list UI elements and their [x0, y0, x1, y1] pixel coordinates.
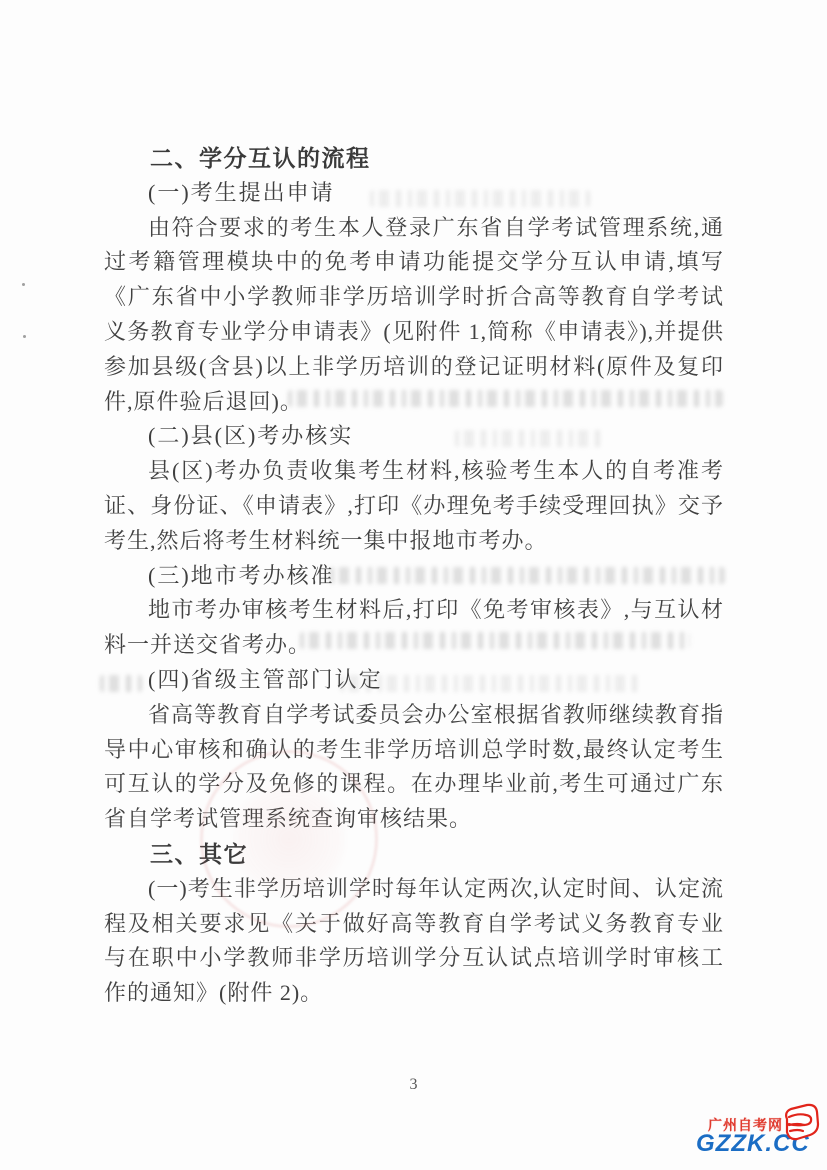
scanned-document-page: 二、学分互认的流程 (一)考生提出申请 由符合要求的考生本人登录广东省自学考试管… — [0, 0, 827, 1170]
scan-smudge — [370, 190, 590, 207]
paragraph-province-confirm: 省高等教育自学考试委员会办公室根据省教师继续教育指导中心审核和确认的考生非学历培… — [104, 698, 724, 837]
scan-smudge — [455, 430, 605, 447]
fist-icon — [778, 1101, 822, 1145]
paragraph-other-notes: (一)考生非学历培训学时每年认定两次,认定时间、认定流程及相关要求见《关于做好高… — [104, 872, 724, 1011]
faint-seal-stamp — [200, 750, 378, 928]
paragraph-county-verify: 县(区)考办负责收集考生材料,核验考生本人的自考准考证、身份证、《申请表》,打印… — [104, 454, 724, 558]
faint-seal-center — [231, 781, 347, 897]
page-number: 3 — [0, 1076, 827, 1094]
section-heading-2: 二、学分互认的流程 — [104, 141, 724, 176]
scan-speck — [22, 283, 25, 286]
paragraph-applicant-apply: 由符合要求的考生本人登录广东省自学考试管理系统,通过考籍管理模块中的免考申请功能… — [104, 211, 724, 420]
scan-smudge — [300, 632, 690, 649]
watermark-logo: 广州自考网 GZZK.CC — [694, 1101, 822, 1165]
subsection-heading-2: (二)县(区)考办核实 — [104, 419, 724, 454]
scan-smudge — [288, 390, 723, 407]
scan-speck — [23, 335, 26, 338]
scan-smudge — [340, 675, 640, 692]
scan-smudge — [100, 675, 142, 692]
paragraph-city-approve: 地市考办审核考生材料后,打印《免考审核表》,与互认材料一并送交省考办。 — [104, 593, 724, 663]
section-heading-3: 三、其它 — [104, 837, 724, 872]
scan-smudge — [330, 567, 725, 584]
